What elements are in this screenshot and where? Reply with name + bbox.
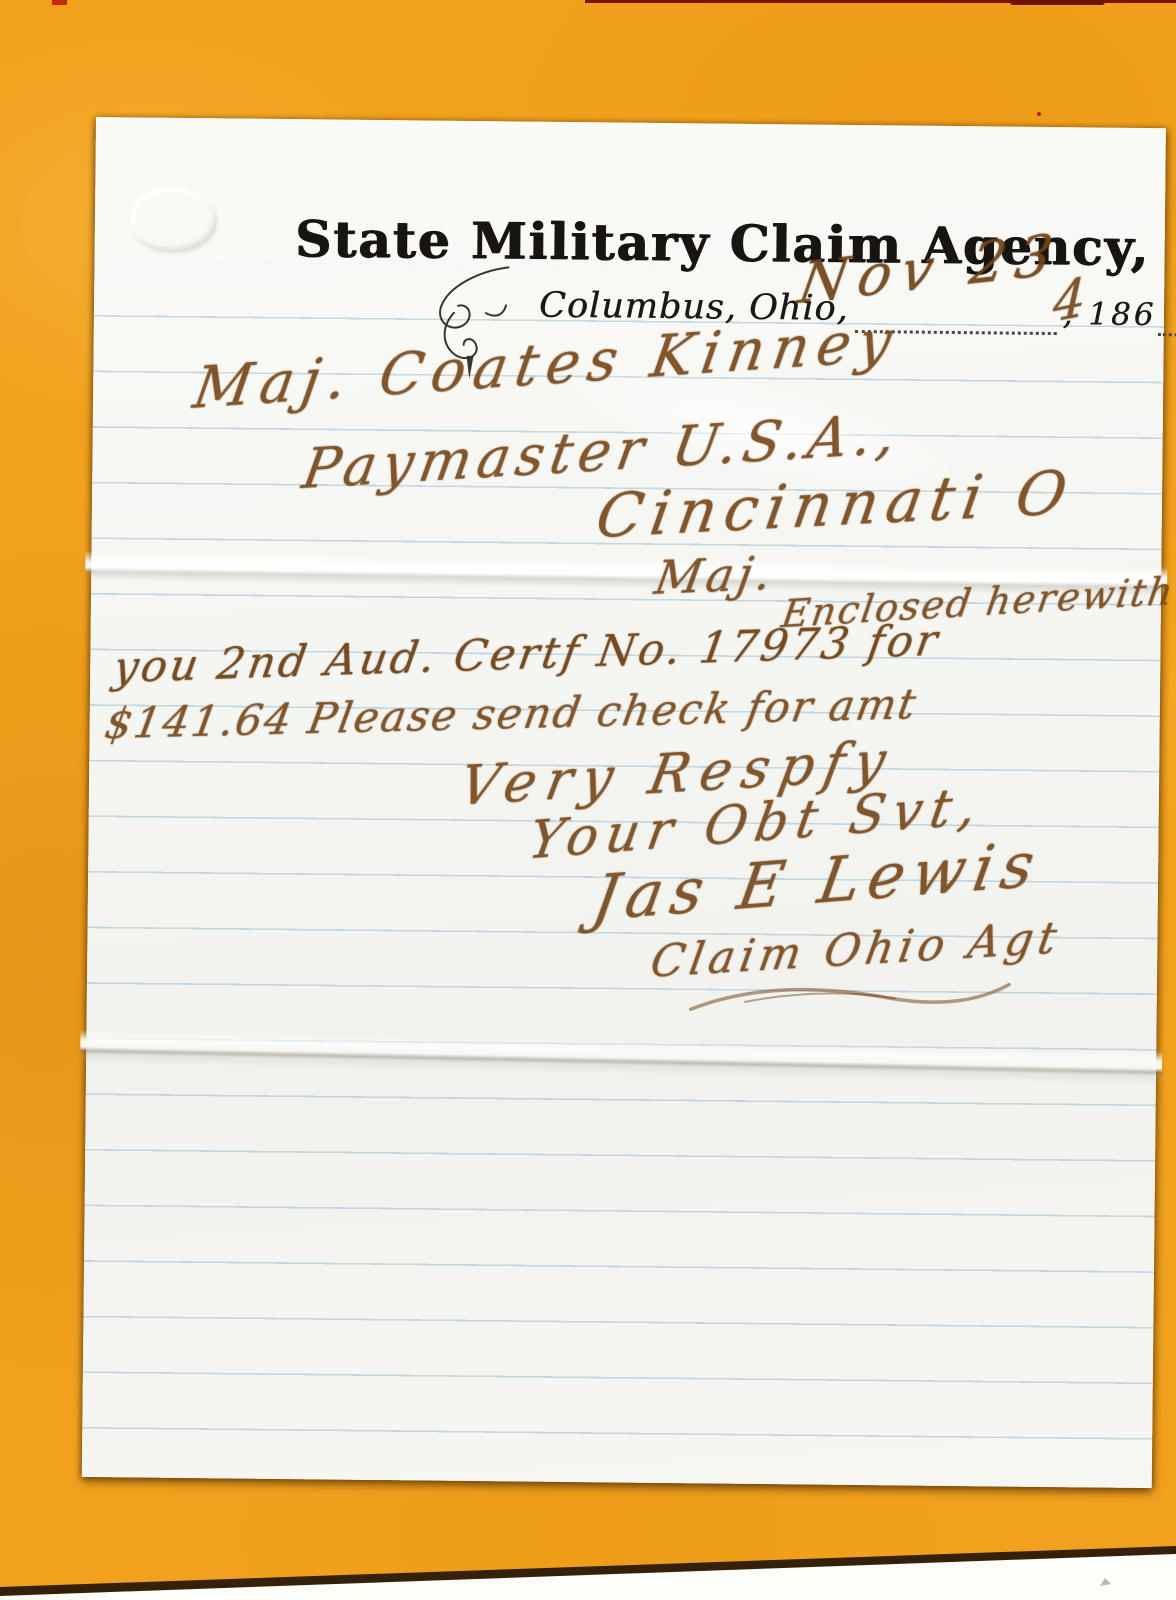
scanned-letter-page: State Military Claim Agency, Columbus, O…	[0, 0, 1176, 1600]
paper-speck	[1100, 1578, 1111, 1586]
signature-flourish-icon	[685, 975, 1015, 1026]
salutation: Maj.	[651, 545, 780, 604]
scan-edge-red-dash	[52, 0, 67, 5]
year-dotted-line	[1158, 299, 1176, 337]
red-ink-speck	[1037, 112, 1041, 116]
scan-edge-red-line-thick	[1010, 0, 1105, 5]
handwritten-year-digit: 4	[1052, 267, 1087, 335]
letter-paper: State Military Claim Agency, Columbus, O…	[82, 117, 1166, 1488]
